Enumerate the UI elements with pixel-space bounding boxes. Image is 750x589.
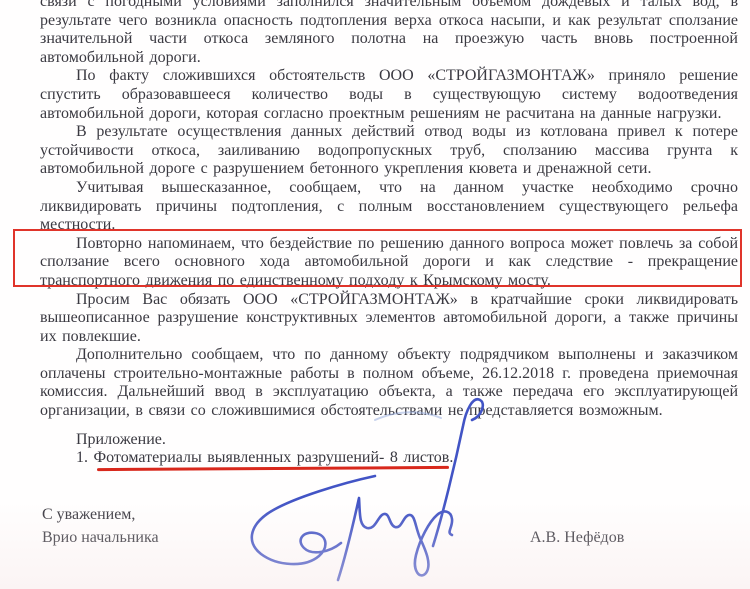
paragraph-warning: Повторно напоминаем, что бездействие по … xyxy=(40,235,738,291)
closing-block: С уважением, Врио начальника А.В. Нефёдо… xyxy=(42,503,738,549)
paragraph-additional: Дополнительно сообщаем, что по данному о… xyxy=(40,346,738,420)
attachment-heading: Приложение. xyxy=(76,431,738,450)
paragraph-consequences: В результате осуществления данных действ… xyxy=(40,123,738,179)
highlighted-paragraph-wrap: Повторно напоминаем, что бездействие по … xyxy=(40,235,738,291)
paragraph-decision: По факту сложившихся обстоятельств ООО «… xyxy=(40,67,738,123)
paragraph-urgency: Учитывая вышесказанное, сообщаем, что на… xyxy=(40,179,738,235)
attachment-item-text: 1. Фотоматериалы выявленных разрушений- … xyxy=(76,449,453,466)
document-body: связи с погодными условиями заполнился з… xyxy=(40,0,738,549)
closing-salutation: С уважением, xyxy=(42,503,738,526)
paragraph-continuation: связи с погодными условиями заполнился з… xyxy=(40,0,738,67)
closing-position: Врио начальника xyxy=(42,526,738,549)
attachment-item: 1. Фотоматериалы выявленных разрушений- … xyxy=(76,449,506,468)
document-page: связи с погодными условиями заполнился з… xyxy=(0,0,750,589)
signer-name: А.В. Нефёдов xyxy=(530,526,624,549)
paragraph-request: Просим Вас обязать ООО «СТРОЙГАЗМОНТАЖ» … xyxy=(40,291,738,347)
red-underline-mark xyxy=(97,466,449,471)
